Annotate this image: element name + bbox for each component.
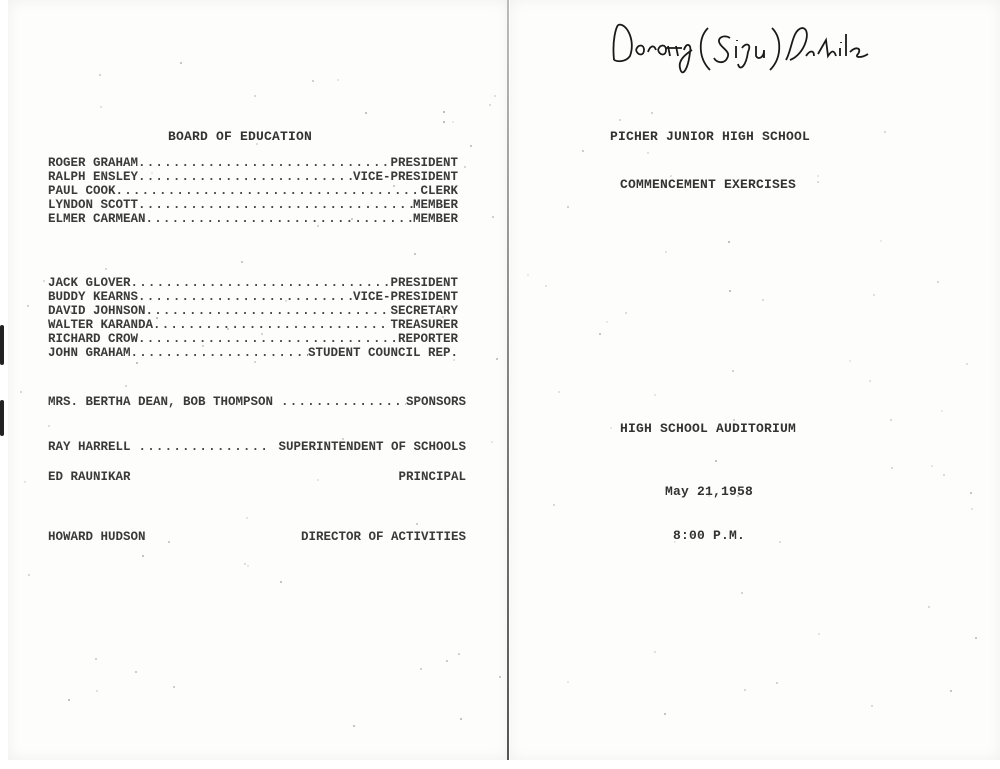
roster-row: RICHARD CROWREPORTER: [48, 332, 458, 347]
roster-name: RICHARD CROW: [48, 332, 138, 347]
leader-dots: [146, 212, 413, 227]
speck: [68, 699, 70, 701]
speck: [70, 311, 72, 313]
speck: [670, 175, 672, 177]
principal-name: ED RAUNIKAR: [48, 470, 131, 485]
speck: [582, 150, 584, 152]
speck: [317, 225, 319, 227]
roster-row: DAVID JOHNSONSECRETARY: [48, 304, 458, 319]
roster-row: ROGER GRAHAMPRESIDENT: [48, 156, 458, 171]
roster-role: REPORTER: [398, 332, 458, 347]
speck: [975, 637, 977, 639]
speck: [353, 725, 355, 727]
director-role: DIRECTOR OF ACTIVITIES: [301, 530, 466, 545]
director-line: HOWARD HUDSON DIRECTOR OF ACTIVITIES: [48, 530, 466, 545]
speck: [553, 504, 555, 506]
leader-dots: [138, 156, 390, 171]
right-page: [510, 0, 1000, 760]
speck: [136, 362, 138, 364]
speck: [416, 523, 418, 525]
roster-name: RALPH ENSLEY: [48, 170, 138, 185]
roster-name: PAUL COOK: [48, 184, 116, 199]
superintendent-name: RAY HARRELL: [48, 440, 131, 455]
left-page: [8, 0, 508, 760]
roster-name: WALTER KARANDA: [48, 318, 153, 333]
speck: [453, 359, 455, 361]
roster-row: JOHN GRAHAMSTUDENT COUNCIL REP.: [48, 346, 458, 361]
speck: [48, 425, 50, 427]
principal-role: PRINCIPAL: [398, 470, 466, 485]
leader-dots: [138, 198, 413, 213]
director-name: HOWARD HUDSON: [48, 530, 146, 545]
speck: [928, 606, 930, 608]
speck: [665, 251, 667, 253]
spacer: [131, 470, 399, 485]
roster-name: ELMER CARMEAN: [48, 212, 146, 227]
handwritten-signature: [606, 10, 936, 80]
leader-dots: [138, 332, 398, 347]
speck: [227, 328, 229, 330]
leader-dots: [153, 318, 390, 333]
speck: [941, 410, 943, 412]
roster-name: JOHN GRAHAM: [48, 346, 131, 361]
leader-dots: [138, 290, 353, 305]
roster-role: MEMBER: [413, 198, 458, 213]
roster-row: LYNDON SCOTTMEMBER: [48, 198, 458, 213]
speck: [102, 171, 104, 173]
leader-dots: [138, 170, 353, 185]
leader-dots: [131, 346, 308, 361]
bottom-edge: [0, 760, 1000, 769]
binding-mark: [0, 400, 4, 436]
leader-dots: [131, 276, 391, 291]
speck: [202, 345, 204, 347]
speck: [489, 104, 491, 106]
speck: [937, 281, 939, 283]
speck: [156, 317, 158, 319]
school-name: PICHER JUNIOR HIGH SCHOOL: [610, 129, 810, 144]
board-heading: BOARD OF EDUCATION: [168, 129, 312, 144]
speck: [254, 95, 256, 97]
roster-role: SECRETARY: [390, 304, 458, 319]
roster-role: PRESIDENT: [390, 156, 458, 171]
binding-mark: [0, 325, 4, 365]
roster-row: ELMER CARMEANMEMBER: [48, 212, 458, 227]
speck: [741, 592, 743, 594]
roster-name: JACK GLOVER: [48, 276, 131, 291]
leader-dots: [139, 440, 271, 455]
roster-row: PAUL COOKCLERK: [48, 184, 458, 199]
speck: [715, 460, 717, 462]
speck: [971, 508, 973, 510]
leader-dots: [146, 304, 391, 319]
page-fold: [507, 0, 509, 760]
sponsors-role: SPONSORS: [406, 395, 466, 410]
speck: [246, 517, 248, 519]
venue: HIGH SCHOOL AUDITORIUM: [620, 421, 796, 436]
speck: [99, 74, 101, 76]
superintendent-role: SUPERINTENDENT OF SCHOOLS: [278, 440, 466, 455]
roster-name: DAVID JOHNSON: [48, 304, 146, 319]
roster-name: LYNDON SCOTT: [48, 198, 138, 213]
speck: [931, 465, 933, 467]
speck: [27, 305, 29, 307]
event-time: 8:00 P.M.: [673, 528, 745, 543]
roster-row: RALPH ENSLEYVICE-PRESIDENT: [48, 170, 458, 185]
speck: [527, 274, 529, 276]
superintendent-line: RAY HARRELL SUPERINTENDENT OF SCHOOLS: [48, 440, 466, 455]
roster-row: WALTER KARANDATREASURER: [48, 318, 458, 333]
roster-role: CLERK: [420, 184, 458, 199]
speck: [950, 690, 952, 692]
speck: [256, 143, 258, 145]
speck: [744, 689, 746, 691]
roster-name: ROGER GRAHAM: [48, 156, 138, 171]
speck: [173, 686, 175, 688]
roster-role: TREASURER: [390, 318, 458, 333]
event-title: COMMENCEMENT EXERCISES: [620, 177, 796, 192]
event-date: May 21,1958: [665, 484, 753, 499]
sponsors-line: MRS. BERTHA DEAN, BOB THOMPSON SPONSORS: [48, 395, 466, 410]
speck: [619, 119, 621, 121]
speck: [285, 300, 287, 302]
speck: [125, 385, 127, 387]
speck: [460, 718, 462, 720]
speck: [244, 563, 246, 565]
speck: [105, 268, 107, 270]
leader-dots: [281, 395, 406, 410]
leader-dots: [116, 184, 421, 199]
roster-role: PRESIDENT: [390, 276, 458, 291]
roster-name: BUDDY KEARNS: [48, 290, 138, 305]
speck: [890, 419, 892, 421]
roster-row: JACK GLOVERPRESIDENT: [48, 276, 458, 291]
speck: [545, 285, 547, 287]
roster-role: VICE-PRESIDENT: [353, 290, 458, 305]
principal-line: ED RAUNIKAR PRINCIPAL: [48, 470, 466, 485]
roster-row: BUDDY KEARNSVICE-PRESIDENT: [48, 290, 458, 305]
roster-role: STUDENT COUNCIL REP.: [308, 346, 458, 361]
speck: [351, 218, 353, 220]
speck: [312, 80, 314, 82]
speck: [776, 682, 778, 684]
speck: [103, 203, 105, 205]
speck: [869, 380, 871, 382]
roster-role: VICE-PRESIDENT: [353, 170, 458, 185]
roster-role: MEMBER: [413, 212, 458, 227]
sponsors-names: MRS. BERTHA DEAN, BOB THOMPSON: [48, 395, 273, 410]
